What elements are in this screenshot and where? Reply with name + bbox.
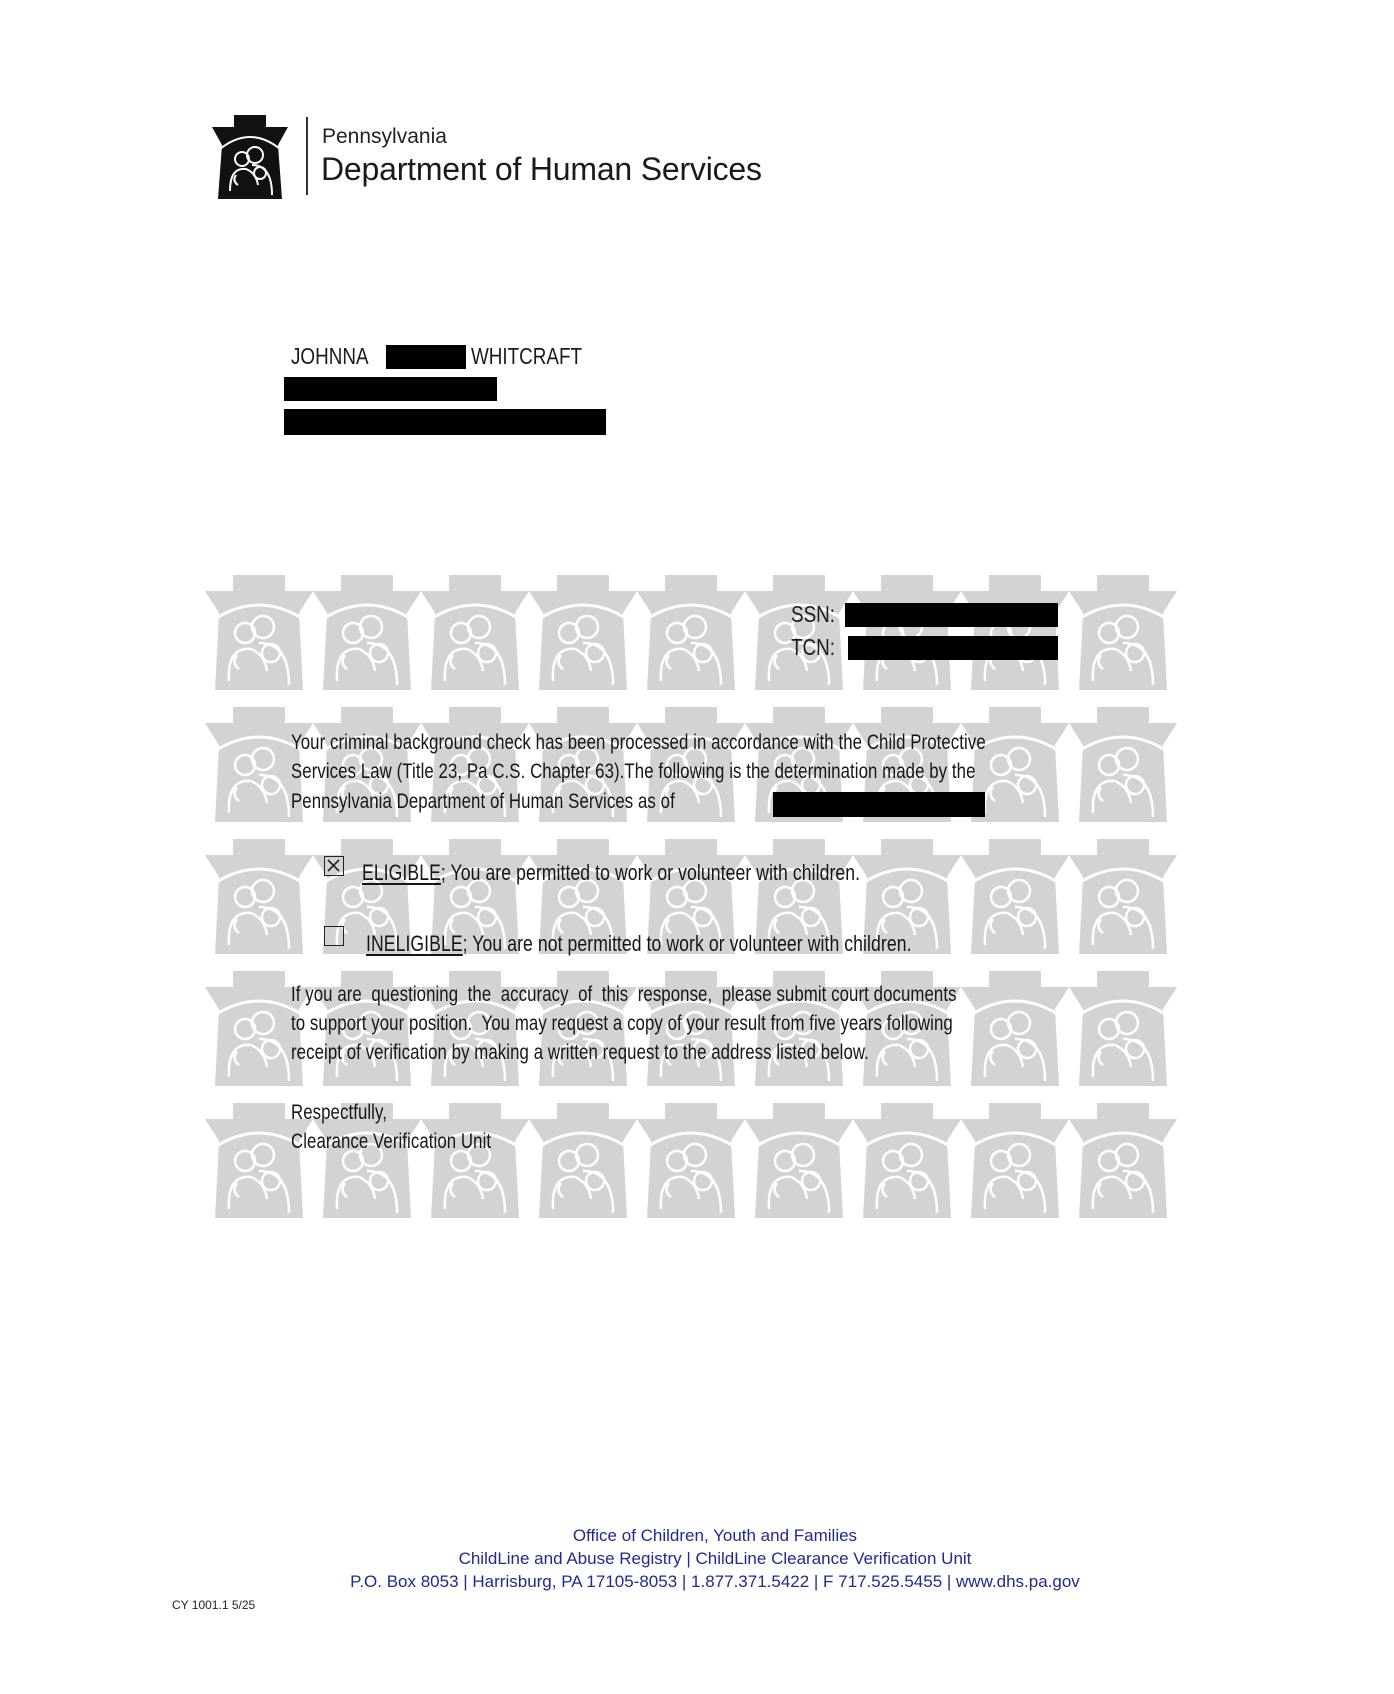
footer-contact: P.O. Box 8053 | Harrisburg, PA 17105-805… <box>0 1572 1394 1592</box>
header-divider <box>306 117 308 195</box>
redacted-address-line-1 <box>284 377 497 401</box>
ssn-label: SSN: <box>791 601 835 628</box>
dispute-line: to support your position. You may reques… <box>291 1012 953 1036</box>
closing-salutation: Respectfully, <box>291 1101 387 1125</box>
form-code: CY 1001.1 5/25 <box>172 1598 255 1612</box>
eligible-option: ELIGIBLE; You are permitted to work or v… <box>362 860 860 886</box>
intro-line: Your criminal background check has been … <box>291 731 986 755</box>
intro-line: Pennsylvania Department of Human Service… <box>291 790 675 814</box>
ineligible-checkbox <box>324 926 344 946</box>
eligible-label: ELIGIBLE <box>362 860 441 885</box>
footer-unit: ChildLine and Abuse Registry | ChildLine… <box>0 1549 1394 1569</box>
redacted-determination-date <box>773 792 985 817</box>
redacted-ssn <box>845 603 1058 627</box>
ineligible-description: ; You are not permitted to work or volun… <box>463 931 912 956</box>
keystone-family-icon <box>212 115 288 199</box>
brand-department: Department of Human Services <box>321 151 762 188</box>
tcn-label: TCN: <box>791 634 835 661</box>
check-x-icon <box>325 857 342 874</box>
ineligible-label: INELIGIBLE <box>366 931 463 956</box>
recipient-last-name: WHITCRAFT <box>471 343 582 370</box>
dispute-line: receipt of verification by making a writ… <box>291 1041 869 1065</box>
brand-state: Pennsylvania <box>322 125 447 149</box>
dhs-logo <box>212 115 288 199</box>
recipient-first-name: JOHNNA <box>291 343 369 370</box>
redacted-tcn <box>848 636 1058 660</box>
ineligible-option: INELIGIBLE; You are not permitted to wor… <box>366 931 912 957</box>
eligible-checkbox <box>324 856 344 876</box>
intro-line: Services Law (Title 23, Pa C.S. Chapter … <box>291 760 976 784</box>
redacted-middle-name <box>386 345 466 369</box>
dispute-line: If you are questioning the accuracy of t… <box>291 983 957 1007</box>
footer-office: Office of Children, Youth and Families <box>0 1526 1394 1546</box>
redacted-address-line-2 <box>284 409 606 435</box>
eligible-description: ; You are permitted to work or volunteer… <box>441 860 860 885</box>
closing-signature: Clearance Verification Unit <box>291 1130 491 1154</box>
